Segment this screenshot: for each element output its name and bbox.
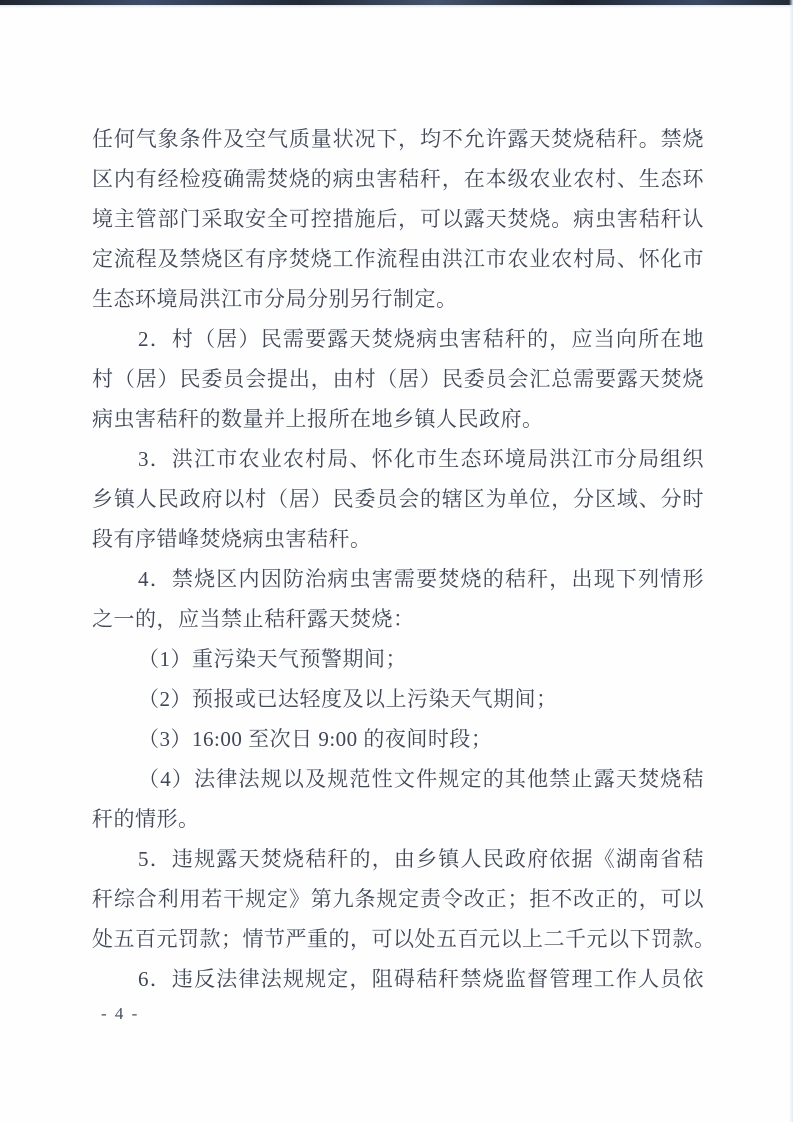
paragraph: 任何气象条件及空气质量状况下，均不允许露天焚烧秸秆。禁烧区内有经检疫确需焚烧的病… xyxy=(92,119,704,319)
paragraph: 4．禁烧区内因防治病虫害需要焚烧的秸秆，出现下列情形之一的，应当禁止秸秆露天焚烧… xyxy=(92,559,704,639)
paragraph: 3．洪江市农业农村局、怀化市生态环境局洪江市分局组织乡镇人民政府以村（居）民委员… xyxy=(92,439,704,559)
text-line: 病虫害秸秆的数量并上报所在地乡镇人民政府。 xyxy=(92,399,704,439)
page-number: - 4 - xyxy=(101,1002,139,1026)
text-line: 之一的，应当禁止秸秆露天焚烧： xyxy=(92,599,704,639)
text-line: （2）预报或已达轻度及以上污染天气期间； xyxy=(92,679,704,719)
paragraph: （2）预报或已达轻度及以上污染天气期间； xyxy=(92,679,704,719)
text-line: 村（居）民委员会提出，由村（居）民委员会汇总需要露天焚烧 xyxy=(92,359,704,399)
text-line: 处五百元罚款；情节严重的，可以处五百元以上二千元以下罚款。 xyxy=(92,919,704,959)
paragraph: 2．村（居）民需要露天焚烧病虫害秸秆的，应当向所在地村（居）民委员会提出，由村（… xyxy=(92,319,704,439)
text-line: （1）重污染天气预警期间； xyxy=(92,639,704,679)
scanned-document-page: 任何气象条件及空气质量状况下，均不允许露天焚烧秸秆。禁烧区内有经检疫确需焚烧的病… xyxy=(0,0,793,1122)
text-line: 乡镇人民政府以村（居）民委员会的辖区为单位，分区域、分时 xyxy=(92,479,704,519)
text-line: 段有序错峰焚烧病虫害秸秆。 xyxy=(92,519,704,559)
text-line: 6．违反法律法规规定，阻碍秸秆禁烧监督管理工作人员依 xyxy=(92,959,704,999)
paragraph: （1）重污染天气预警期间； xyxy=(92,639,704,679)
document-body: 任何气象条件及空气质量状况下，均不允许露天焚烧秸秆。禁烧区内有经检疫确需焚烧的病… xyxy=(92,119,704,999)
text-line: 生态环境局洪江市分局分别另行制定。 xyxy=(92,279,704,319)
text-line: 秆的情形。 xyxy=(92,799,704,839)
text-line: 定流程及禁烧区有序焚烧工作流程由洪江市农业农村局、怀化市 xyxy=(92,239,704,279)
text-line: （4）法律法规以及规范性文件规定的其他禁止露天焚烧秸 xyxy=(92,759,704,799)
text-line: 5．违规露天焚烧秸秆的，由乡镇人民政府依据《湖南省秸 xyxy=(92,839,704,879)
text-line: 秆综合利用若干规定》第九条规定责令改正；拒不改正的，可以 xyxy=(92,879,704,919)
paragraph: 5．违规露天焚烧秸秆的，由乡镇人民政府依据《湖南省秸秆综合利用若干规定》第九条规… xyxy=(92,839,704,959)
scan-right-edge-artifact xyxy=(789,0,793,1122)
text-line: 境主管部门采取安全可控措施后，可以露天焚烧。病虫害秸秆认 xyxy=(92,199,704,239)
paragraph: （3）16:00 至次日 9:00 的夜间时段； xyxy=(92,719,704,759)
paragraph: 6．违反法律法规规定，阻碍秸秆禁烧监督管理工作人员依 xyxy=(92,959,704,999)
text-line: 3．洪江市农业农村局、怀化市生态环境局洪江市分局组织 xyxy=(92,439,704,479)
text-line: 4．禁烧区内因防治病虫害需要焚烧的秸秆，出现下列情形 xyxy=(92,559,704,599)
text-line: （3）16:00 至次日 9:00 的夜间时段； xyxy=(92,719,704,759)
text-line: 区内有经检疫确需焚烧的病虫害秸秆，在本级农业农村、生态环 xyxy=(92,159,704,199)
scan-top-glow-artifact xyxy=(0,5,793,8)
text-line: 任何气象条件及空气质量状况下，均不允许露天焚烧秸秆。禁烧 xyxy=(92,119,704,159)
paragraph: （4）法律法规以及规范性文件规定的其他禁止露天焚烧秸秆的情形。 xyxy=(92,759,704,839)
text-line: 2．村（居）民需要露天焚烧病虫害秸秆的，应当向所在地 xyxy=(92,319,704,359)
